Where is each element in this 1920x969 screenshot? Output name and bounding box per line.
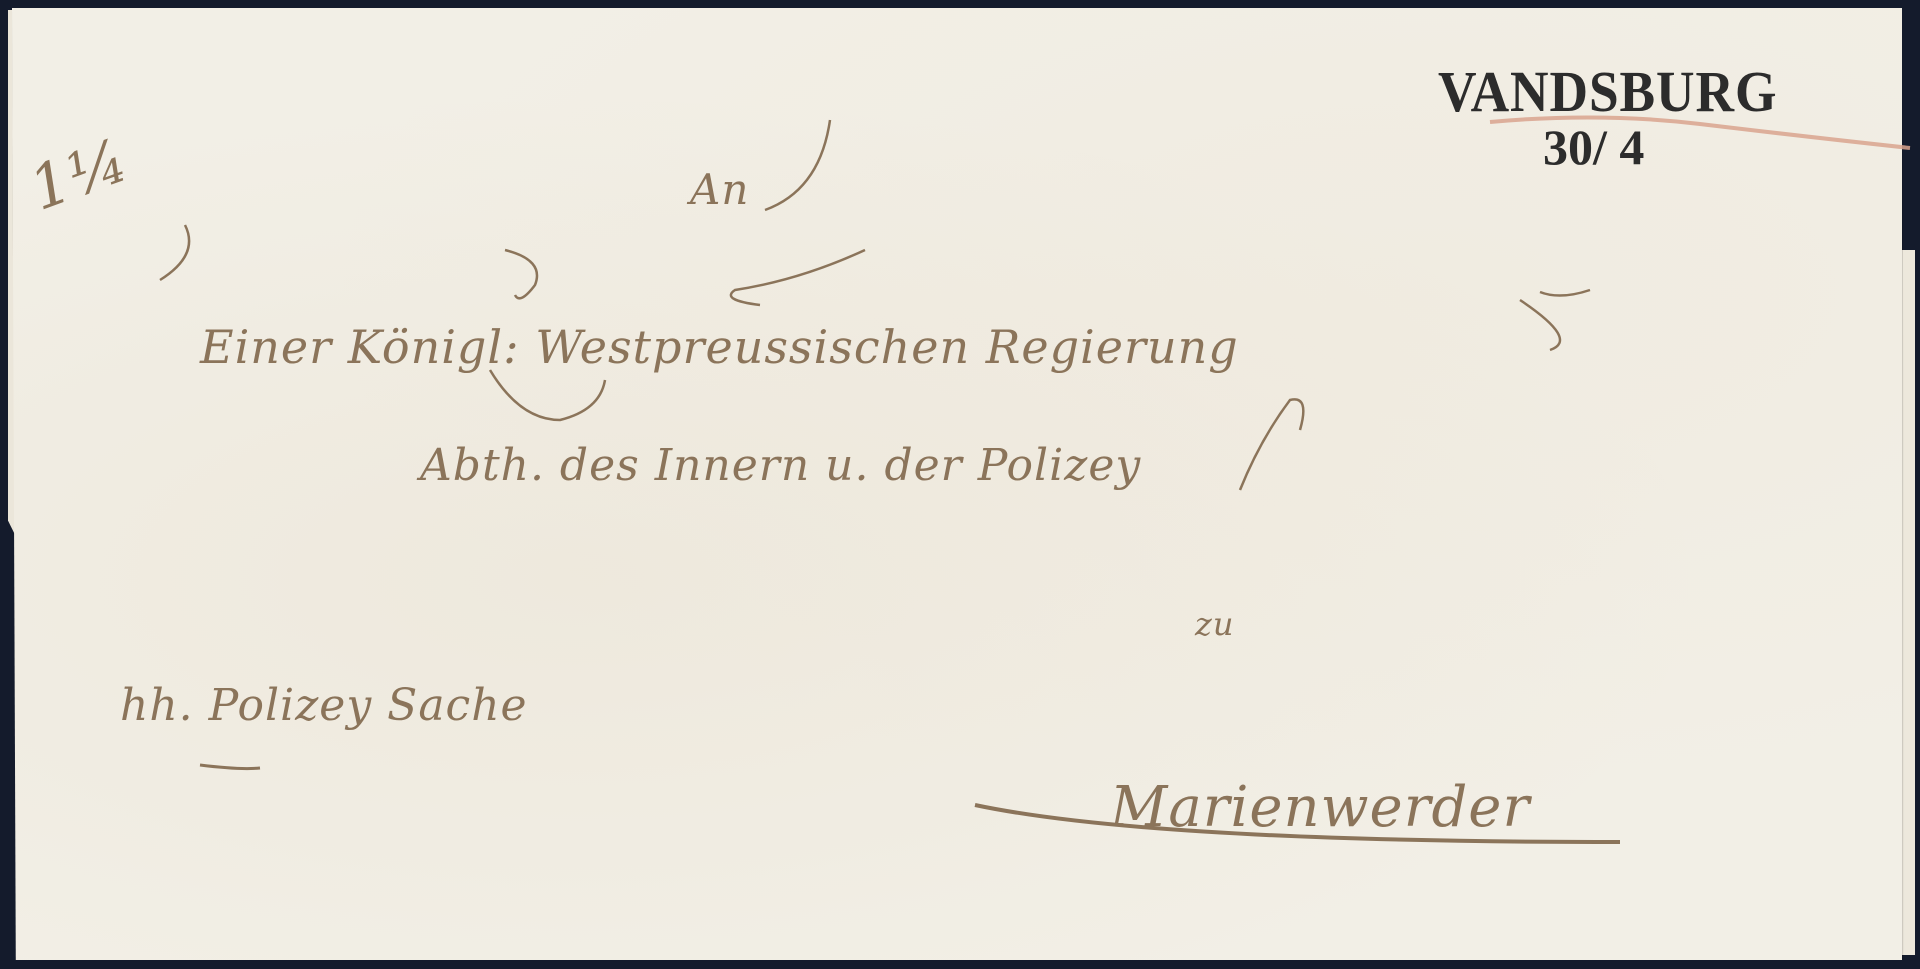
address-line-1: Einer Königl: Westpreussischen Regierung [200, 320, 1239, 374]
postmark-town: VANDSBURG [1438, 58, 1777, 125]
endorsement: hh. Polizey Sache [120, 680, 528, 731]
postmark-date: 30/ 4 [1543, 118, 1644, 176]
address-line-2: Abth. des Innern u. der Polizey [420, 440, 1141, 491]
destination: Marienwerder [1110, 775, 1530, 840]
destination-prefix: zu [1195, 605, 1234, 643]
salutation: An [690, 165, 749, 214]
